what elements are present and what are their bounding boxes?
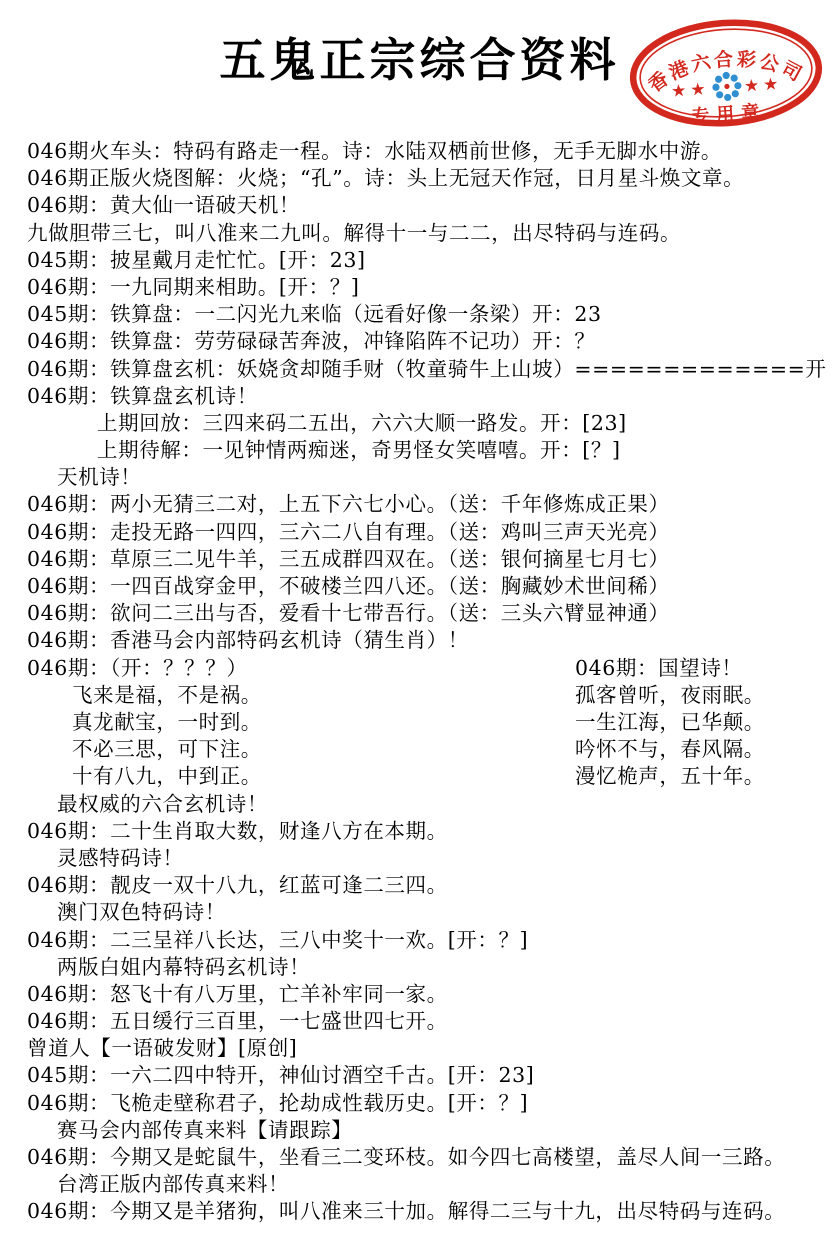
text-line: 九做胆带三七，叫八准来二九叫。解得十一与二二，出尽特码与连码。 xyxy=(0,220,839,247)
flower-center-dot xyxy=(724,84,730,90)
text-line: 曾道人【一语破发财】[原创] xyxy=(0,1035,839,1062)
text-line: 最权威的六合玄机诗！ xyxy=(0,791,839,818)
stamp-bottom-label: 专用章 xyxy=(691,100,767,127)
text-line: 046期：铁算盘玄机诗！ xyxy=(0,383,839,410)
text-line: 046期：两小无猜三二对，上五下六七小心。（送：千年修炼成正果） xyxy=(0,491,839,518)
poem-line: 吟怀不与，春风隔。 xyxy=(575,736,765,763)
poem-right-header: 046期：国望诗！ xyxy=(575,655,765,682)
text-line: 灵感特码诗！ xyxy=(0,845,839,872)
text-line: 046期：一九同期来相助。[开：？] xyxy=(0,274,839,301)
text-line: 046期：五日缓行三百里，一七盛世四七开。 xyxy=(0,1008,839,1035)
text-line: 046期：怒飞十有八万里，亡羊补牢同一家。 xyxy=(0,981,839,1008)
text-line: 046期：走投无路一四四，三六二八自有理。（送：鸡叫三声天光亮） xyxy=(0,519,839,546)
text-line: 046期：香港马会内部特码玄机诗（猜生肖）！ xyxy=(0,627,839,654)
text-line: 046期：今期又是羊猪狗，叫八准来三十加。解得二三与十九，出尽特码与连码。 xyxy=(0,1198,839,1225)
star-icon: ★★ xyxy=(670,79,710,102)
stamp-arc-text: 香港六合彩公司 xyxy=(642,42,809,97)
lottery-info-sheet: 五鬼正宗综合资料 香港六合彩公司 ★★ ★★ xyxy=(0,0,839,1257)
text-line: 045期：铁算盘：一二闪光九来临（远看好像一条梁）开：23 xyxy=(0,301,839,328)
poem-two-columns: 046期：（开：？？？） 飞来是福，不是祸。 真龙献宝，一时到。 不必三思，可下… xyxy=(0,655,839,791)
poem-line: 漫忆桅声，五十年。 xyxy=(575,763,765,790)
poem-line: 十有八九，中到正。 xyxy=(0,763,262,790)
text-body: 046期火车头：特码有路走一程。诗：水陆双栖前世修，无手无脚水中游。 046期正… xyxy=(0,138,839,1226)
text-line: 046期：今期又是蛇鼠牛，坐看三二变环枝。如今四七高楼望，盖尽人间一三路。 xyxy=(0,1144,839,1171)
text-line: 046期：飞桅走壁称君子，抡劫成性载历史。[开：？] xyxy=(0,1090,839,1117)
poem-line: 不必三思，可下注。 xyxy=(0,736,262,763)
text-line: 上期回放：三四来码二五出，六六大顺一路发。开：[23] xyxy=(0,410,839,437)
text-line: 046期：欲问二三出与否，爱看十七带吾行。（送：三头六臂显神通） xyxy=(0,600,839,627)
text-line: 上期待解：一见钟情两痴迷，奇男怪女笑嘻嘻。开：[？] xyxy=(0,437,839,464)
stamp-graphic: 香港六合彩公司 ★★ ★★ 专用章 xyxy=(622,12,836,134)
text-line: 澳门双色特码诗！ xyxy=(0,899,839,926)
poem-line: 飞来是福，不是祸。 xyxy=(0,682,262,709)
text-line: 台湾正版内部传真来料！ xyxy=(0,1171,839,1198)
text-line: 046期：靓皮一双十八九，红蓝可逢二三四。 xyxy=(0,872,839,899)
poem-line: 孤客曾听，夜雨眠。 xyxy=(575,682,765,709)
text-line: 046期：草原三二见牛羊，三五成群四双在。（送：银何摘星七月七） xyxy=(0,546,839,573)
poem-left-header: 046期：（开：？？？） xyxy=(0,655,262,682)
text-line: 046期：一四百战穿金甲，不破楼兰四八还。（送：胸藏妙术世间稀） xyxy=(0,573,839,600)
poem-line: 一生江海，已华颠。 xyxy=(575,709,765,736)
text-line: 046期火车头：特码有路走一程。诗：水陆双栖前世修，无手无脚水中游。 xyxy=(0,138,839,165)
text-line: 046期：二十生肖取大数，财逢八方在本期。 xyxy=(0,818,839,845)
text-line: 天机诗！ xyxy=(0,464,839,491)
text-line: 045期：一六二四中特开，神仙讨酒空千古。[开：23] xyxy=(0,1062,839,1089)
text-line: 045期：披星戴月走忙忙。[开：23] xyxy=(0,247,839,274)
star-icon: ★★ xyxy=(743,74,783,97)
text-line: 046期：铁算盘：劳劳碌碌苦奔波，冲锋陷阵不记功）开：？ xyxy=(0,328,839,355)
poem-left-column: 046期：（开：？？？） 飞来是福，不是祸。 真龙献宝，一时到。 不必三思，可下… xyxy=(0,655,262,791)
text-line: 046期：黄大仙一语破天机！ xyxy=(0,192,839,219)
poem-right-column: 046期：国望诗！ 孤客曾听，夜雨眠。 一生江海，已华颠。 吟怀不与，春风隔。 … xyxy=(575,655,765,791)
text-line: 两版白姐内幕特码玄机诗！ xyxy=(0,954,839,981)
text-line: 046期正版火烧图解：火烧；“孔”。诗：头上无冠天作冠，日月星斗焕文章。 xyxy=(0,165,839,192)
text-line: 赛马会内部传真来料【请跟踪】 xyxy=(0,1117,839,1144)
poem-line: 真龙献宝，一时到。 xyxy=(0,709,262,736)
text-line: 046期：二三呈祥八长达，三八中奖十一欢。[开：？] xyxy=(0,927,839,954)
company-stamp: 香港六合彩公司 ★★ ★★ 专用章 xyxy=(622,12,836,134)
text-line: 046期：铁算盘玄机：妖娆贪却随手财（牧童骑牛上山坡）=============… xyxy=(0,356,839,383)
